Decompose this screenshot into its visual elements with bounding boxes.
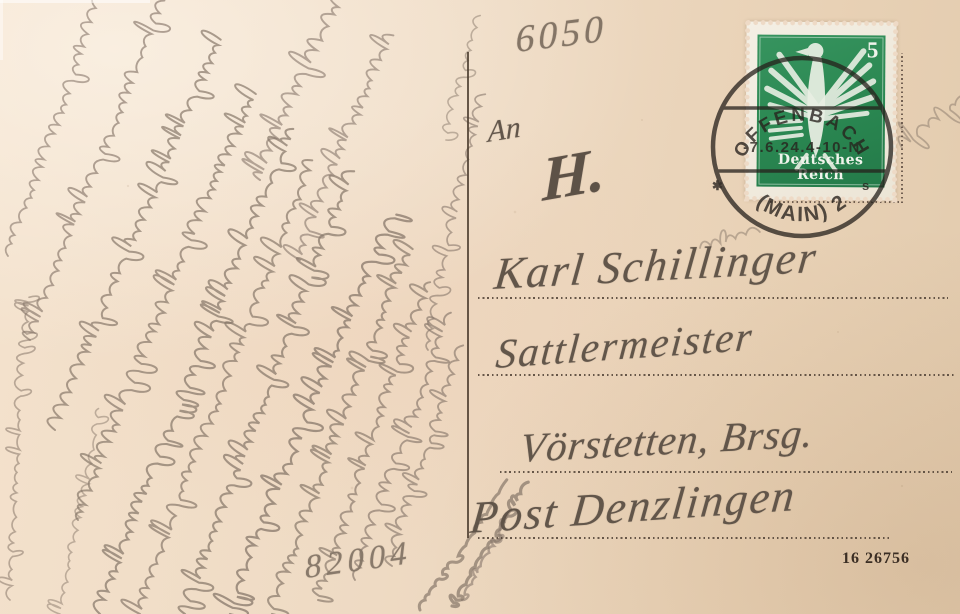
card-edge-highlight-top [0, 0, 150, 3]
postmark-date-text: -7.6.24.4-10-N [743, 139, 861, 156]
postmark-code-letter: s [862, 178, 869, 193]
postcard: 6050 82004 An H. Karl Schillinger Sattle… [0, 0, 960, 614]
postmark: OFFENBACH (MAIN) 2 -7.6.24.4-10-N ✱ s [0, 0, 960, 614]
card-edge-highlight-left [0, 0, 3, 60]
postmark-region-text: (MAIN) 2 [752, 190, 851, 227]
postmark-star-icon: ✱ [712, 178, 723, 193]
